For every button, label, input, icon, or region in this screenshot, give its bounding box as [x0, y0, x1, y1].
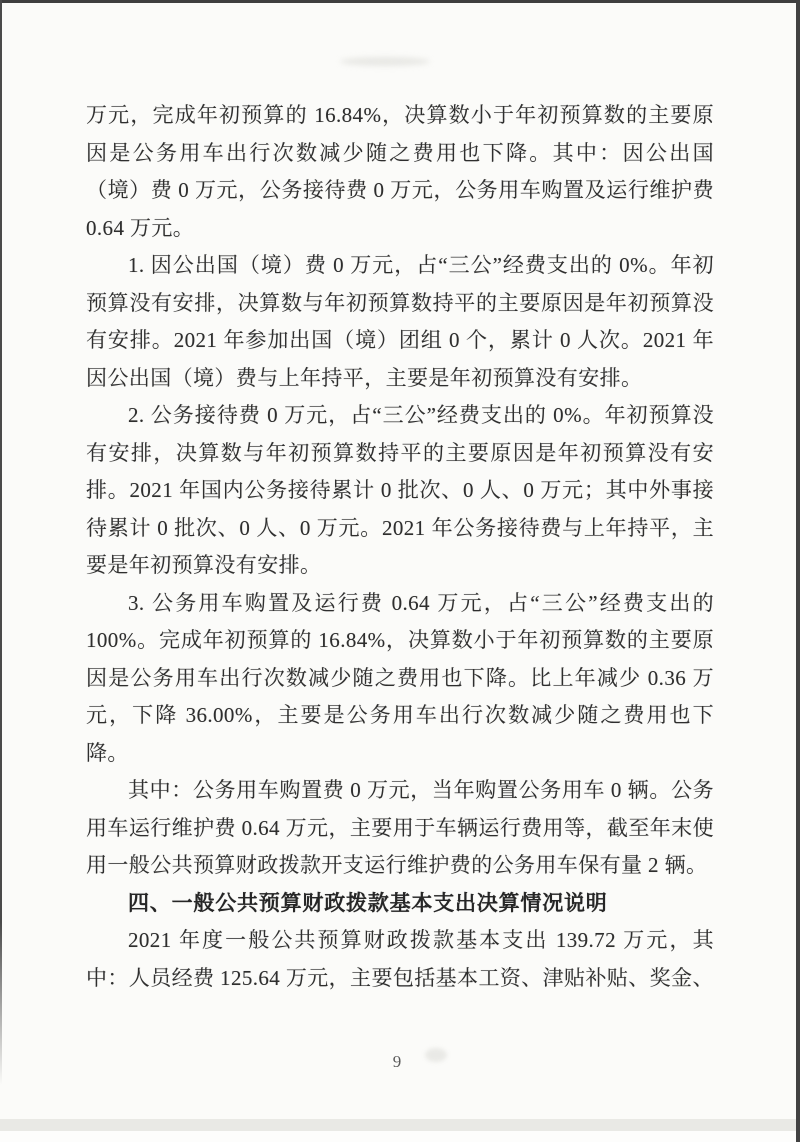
scan-edge-top: [0, 0, 800, 3]
paragraph-official-reception: 2. 公务接待费 0 万元，占“三公”经费支出的 0%。年初预算没有安排，决算数…: [86, 397, 714, 585]
scan-smudge: [340, 57, 430, 66]
scan-shadow-band: [0, 1119, 796, 1131]
scan-area-below-page: [0, 1131, 796, 1142]
paragraph-overseas-travel: 1. 因公出国（境）费 0 万元，占“三公”经费支出的 0%。年初预算没有安排，…: [86, 247, 714, 397]
page-content: 万元，完成年初预算的 16.84%，决算数小于年初预算数的主要原因是公务用车出行…: [86, 97, 714, 997]
paragraph-official-vehicle: 3. 公务用车购置及运行费 0.64 万元，占“三公”经费支出的 100%。完成…: [86, 585, 714, 773]
paragraph-basic-expenditure: 2021 年度一般公共预算财政拨款基本支出 139.72 万元，其中：人员经费 …: [86, 922, 714, 997]
paragraph-vehicle-detail: 其中：公务用车购置费 0 万元，当年购置公务用车 0 辆。公务用车运行维护费 0…: [86, 772, 714, 885]
scan-edge-left: [0, 0, 2, 1085]
scanned-document-screenshot: { "page": { "number": "9", "paper_color"…: [0, 0, 800, 1142]
page-number: 9: [0, 1052, 794, 1072]
paragraph-three-public-summary: 万元，完成年初预算的 16.84%，决算数小于年初预算数的主要原因是公务用车出行…: [86, 97, 714, 247]
scan-edge-right: [796, 0, 800, 1142]
section-heading-basic-expenditure: 四、一般公共预算财政拨款基本支出决算情况说明: [86, 885, 714, 923]
